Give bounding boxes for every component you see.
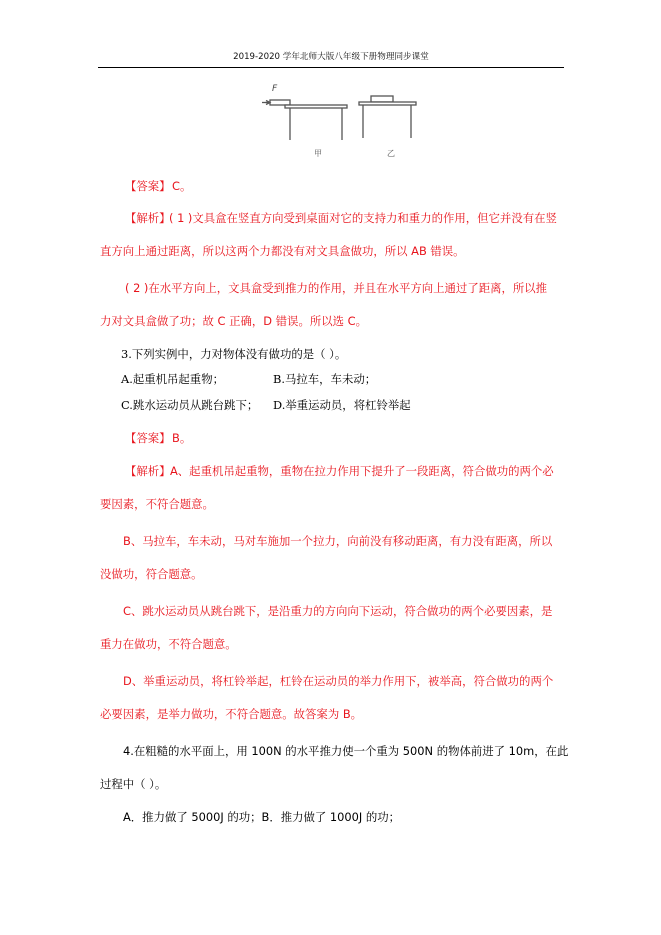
q2-analysis-line-3: ( 2 )在水平方向上，文具盒受到推力的作用，并且在水平方向上通过了距离，所以推 [125,280,661,296]
q3-analysis-line-4: 没做功，符合题意。 [100,566,661,582]
q4-stem-line-2: 过程中（ ）。 [100,776,661,792]
answer-tag: 【答案】 [125,178,171,194]
force-label: F [272,84,277,94]
caption-yi: 乙 [387,148,395,159]
answer-value: C。 [172,178,191,194]
q3-option-a: A.起重机吊起重物； [121,371,224,387]
analysis-tag: 【解析】 [125,210,171,226]
answer-tag: 【答案】 [125,430,171,446]
q3-analysis-line-8: 必要因素，是举力做功，不符合题意。故答案为 B。 [100,706,661,722]
q3-analysis-line-6: 重力在做功，不符合题意。 [100,636,661,652]
q3-analysis-line-3: B、马拉车，车未动，马对车施加一个拉力，向前没有移动距离，有力没有距离，所以 [123,533,661,549]
q3-option-b: B.马拉车，车未动； [273,371,376,387]
q4-options-line: A．推力做了 5000J 的功；B．推力做了 1000J 的功； [123,809,661,825]
caption-jia: 甲 [314,148,322,159]
analysis-text: A、起重机吊起重物，重物在拉力作用下提升了一段距离，符合做功的两个必 [170,463,554,479]
q3-option-c: C.跳水运动员从跳台跳下； [121,397,258,413]
answer-value: B。 [172,430,191,446]
analysis-text: ( 1 )文具盒在竖直方向受到桌面对它的支持力和重力的作用，但它并没有在竖 [169,210,557,226]
q2-analysis-line-2: 直方向上通过距离，所以这两个力都没有对文具盒做功，所以 AB 错误。 [100,243,661,259]
desk-box-diagram [262,90,420,162]
page-header: 2019-2020 学年北师大版八年级下册物理同步课堂 [98,50,564,68]
analysis-tag: 【解析】 [125,463,171,479]
q3-stem: 3.下列实例中，力对物体没有做功的是（ ）。 [121,346,661,362]
q4-stem-line-1: 4.在粗糙的水平面上，用 100N 的水平推力使一个重为 500N 的物体前进了… [123,743,661,759]
q3-analysis-line-2: 要因素，不符合题意。 [100,496,661,512]
q3-analysis-line-7: D、举重运动员，将杠铃举起，杠铃在运动员的举力作用下，被举高，符合做功的两个 [123,673,661,689]
q3-option-d: D.举重运动员，将杠铃举起 [273,397,411,413]
q3-analysis-line-5: C、跳水运动员从跳台跳下，是沿重力的方向向下运动，符合做功的两个必要因素，是 [123,603,661,619]
q2-analysis-line-4: 力对文具盒做了功；故 C 正确，D 错误。所以选 C。 [100,313,661,329]
table-diagram-figure: F 甲 乙 [262,90,420,162]
